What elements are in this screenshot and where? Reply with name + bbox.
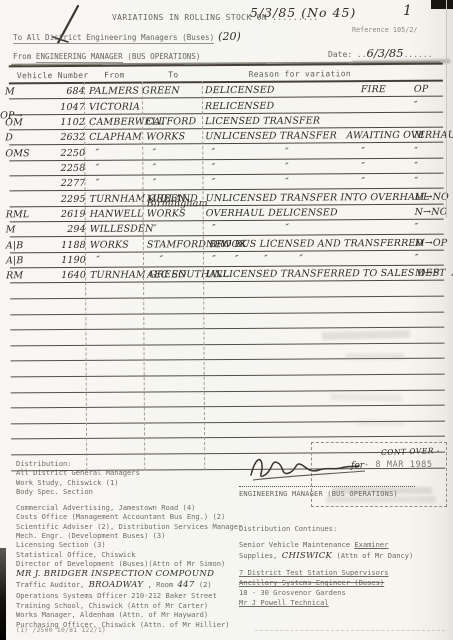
- vehicle-number: 1047: [37, 102, 85, 113]
- to-garage: CATFORD: [146, 116, 196, 127]
- distribution-lines: All District General ManagersWork Study,…: [16, 468, 251, 629]
- date-received-stamp: - 8 MAR 1985: [364, 460, 433, 470]
- list-line: 18 - 30 Grosvenor Gardens: [239, 588, 449, 598]
- reference-number: Reference 105/2/: [352, 26, 417, 34]
- list-line-part: BROADWAY: [89, 580, 144, 590]
- row-margin-note: OP→: [0, 110, 23, 128]
- scan-edge-line: [446, 0, 447, 218]
- to-garage: WORKS: [146, 132, 185, 143]
- list-line-part: (Attn of Mr Dancy): [332, 551, 413, 560]
- status-code: ″: [414, 161, 418, 172]
- bleed-through-mark: [330, 393, 402, 401]
- to-garage: WORKS: [147, 208, 186, 219]
- reason-note: FIRE: [361, 84, 386, 95]
- vehicle-number: 684: [37, 86, 85, 97]
- distribution-continued-list: Distribution Continues: Senior Vehicle M…: [239, 524, 449, 608]
- from-garage: VICTORIA: [89, 101, 140, 112]
- list-line-part: Senior Vehicle Maintenance: [239, 540, 354, 549]
- list-line: Ancillary Systems Engineer (Buses): [239, 578, 449, 588]
- list-line: Supplies, CHISWICK (Attn of Mr Dancy): [239, 550, 449, 562]
- from-prefix: From: [13, 52, 31, 61]
- reason-note: ″: [361, 177, 365, 188]
- to-count-handwritten: (20): [218, 30, 241, 43]
- from-garage: ″: [89, 178, 99, 189]
- to-garage: ″: [146, 178, 156, 189]
- vehicle-number: 2632: [37, 132, 85, 143]
- page-number: 1: [403, 3, 412, 19]
- list-line: Works Manager, Aldenham (Attn. of Mr Hay…: [16, 610, 251, 619]
- vehicle-number: 2295: [38, 194, 86, 205]
- from-garage: ″: [89, 163, 99, 174]
- reason-for-variation: LICENSED TRANSFER: [205, 115, 320, 127]
- status-code: N→NO: [415, 207, 448, 218]
- reason-for-variation: UNLICENSED TRANSFER INTO OVERHAUL: [206, 192, 430, 204]
- to-line-text: To All District Engineering Managers (Bu…: [13, 33, 214, 44]
- list-line: Costs Office (Management Accountant Bus …: [16, 512, 251, 521]
- reason-for-variation: ″ ″: [205, 146, 289, 158]
- list-line: Director of Development (Buses)(Attn of …: [16, 559, 251, 568]
- list-line-part: Supplies,: [239, 551, 282, 560]
- variations-table: Vehicle Number From To Reason for variat…: [9, 63, 445, 471]
- col-reason: Reason for variation: [205, 69, 395, 79]
- from-suffix: (BUS OPERATIONS): [127, 52, 200, 61]
- to-garage-line2: Birmingham: [147, 199, 208, 205]
- reason-note: ″: [361, 146, 365, 157]
- from-garage: ″: [90, 255, 100, 266]
- vehicle-number: 294: [38, 224, 86, 235]
- reason-for-variation: RELICENSED: [205, 100, 274, 111]
- list-line: Licensing Section (3): [16, 540, 251, 549]
- reason-note: ″: [361, 161, 365, 172]
- print-code: (1) /2500 10/81 122/1): [16, 627, 106, 634]
- list-line: Statistical Office, Chiswick: [16, 550, 251, 559]
- list-line-part: , Room: [143, 580, 177, 589]
- table-rows: M684PALMERS GREENDELICENSEDFIREOP1047VIC…: [9, 82, 445, 471]
- reason-for-variation: NEW BUS LICENSED AND TRANSFERRED: [206, 238, 423, 250]
- status-code: ″: [415, 253, 419, 264]
- reason-for-variation: OVERHAUL DELICENSED: [206, 207, 338, 219]
- title-date-handwritten: 5/3/85 (No 45): [250, 5, 356, 20]
- vehicle-number: 2250: [37, 148, 85, 159]
- signature-dotted-line: [239, 486, 415, 487]
- from-garage: WORKS: [90, 239, 129, 250]
- list-line: Scientific Adviser (2), Distribution Ser…: [16, 522, 251, 531]
- vehicle-number: 2277: [37, 178, 85, 189]
- list-line: Traffic Auditor, BROADWAY , Room 447 (2): [16, 580, 251, 591]
- reason-for-variation: ″ ″: [205, 177, 289, 189]
- to-garage: ″: [147, 224, 157, 235]
- reason-for-variation: ″ ″: [205, 162, 289, 174]
- to-garage: ″: [146, 162, 156, 173]
- list-line: Mr J Powell Technical: [239, 598, 449, 608]
- col-from: From: [87, 71, 142, 80]
- list-line: Commercial Advertising, Jamestown Road (…: [16, 503, 251, 512]
- bleed-through-mark: [356, 420, 406, 426]
- bleed-through-mark: [346, 353, 404, 360]
- from-garage: WILLESDEN: [90, 224, 154, 235]
- status-code: OP: [414, 84, 429, 95]
- vehicle-number: 1640: [38, 270, 86, 281]
- list-line: Training School, Chiswick (Attn of Mr Ca…: [16, 601, 251, 610]
- to-line: To All District Engineering Managers (Bu…: [13, 30, 241, 43]
- distribution-continued-heading: Distribution Continues:: [239, 524, 449, 534]
- list-line-part: Traffic Auditor,: [16, 580, 89, 589]
- vehicle-number: 1188: [38, 240, 86, 251]
- vehicle-number: 2258: [37, 163, 85, 174]
- from-title: ENGINEERING MANAGER: [36, 52, 123, 63]
- list-line: MR J. BRIDGER INSPECTION COMPOUND: [16, 569, 251, 580]
- scan-edge-artifact: [0, 548, 6, 640]
- status-code: ″: [414, 100, 418, 111]
- distribution-heading: Distribution:: [16, 459, 251, 468]
- list-line: Body Spec. Section: [16, 487, 251, 496]
- to-garage: ″: [146, 147, 156, 158]
- status-code: ″: [414, 146, 418, 157]
- distribution-list: Distribution: All District General Manag…: [16, 459, 251, 629]
- distribution-continued-lines: Senior Vehicle Maintenance ExaminerSuppl…: [239, 534, 449, 608]
- list-line-part: 447: [177, 580, 194, 590]
- col-to: To: [145, 70, 202, 79]
- status-code: M→S: [415, 268, 440, 279]
- list-line: Senior Vehicle Maintenance Examiner: [239, 540, 449, 550]
- from-garage: CLAPHAM: [89, 132, 142, 143]
- col-vehicle-number: Vehicle Number: [17, 71, 89, 80]
- vehicle-number: 1102: [37, 117, 85, 128]
- list-line-part: CHISWICK: [282, 551, 332, 561]
- from-garage: HANWELL: [90, 209, 144, 220]
- status-code: M: [414, 130, 424, 141]
- reason-for-variation: DELICENSED: [205, 85, 275, 96]
- list-line: 7 District Test Station Supervisors: [239, 568, 449, 578]
- date-dots-right: ......: [404, 50, 433, 59]
- scan-corner-artifact: [431, 0, 453, 9]
- scan-bottom-marks: [255, 630, 445, 631]
- for-text: for: [351, 461, 364, 471]
- date-dots-left: ..: [352, 50, 366, 59]
- status-code: ″: [414, 176, 418, 187]
- list-line: Work Study, Chiswick (1): [16, 478, 251, 487]
- list-line-part: (2): [195, 580, 212, 589]
- list-line-part: Examiner: [354, 540, 388, 549]
- date-label: Date:: [328, 50, 352, 59]
- reason-for-variation: ″ ″ ″ ″: [206, 254, 303, 266]
- signature-caption: ENGINEERING MANAGER (BUS OPERATIONS): [239, 490, 398, 498]
- from-garage: PALMERS GREEN: [89, 86, 180, 98]
- vehicle-number: 1190: [38, 255, 86, 266]
- reason-for-variation: ″ ″: [206, 223, 290, 235]
- vehicle-number: 2619: [38, 209, 86, 220]
- list-line: All District General Managers: [16, 468, 251, 477]
- scanned-memo-page: VARIATIONS IN ROLLING STOCK ON .........…: [0, 0, 453, 640]
- status-code: ″: [415, 222, 419, 233]
- from-garage: ″: [89, 147, 99, 158]
- list-line: Operations Systems Officer 210-212 Baker…: [16, 591, 251, 600]
- from-line: From ENGINEERING MANAGER (BUS OPERATIONS…: [13, 52, 200, 61]
- date-handwritten: 6/3/85: [367, 46, 404, 60]
- to-garage: ″: [147, 255, 163, 266]
- status-code: M→OP: [415, 237, 448, 248]
- list-line: Mech. Engr. (Development Buses) (3): [16, 531, 251, 540]
- status-code: M→NO: [415, 191, 449, 202]
- date-line: Date: ..6/3/85......: [328, 46, 432, 60]
